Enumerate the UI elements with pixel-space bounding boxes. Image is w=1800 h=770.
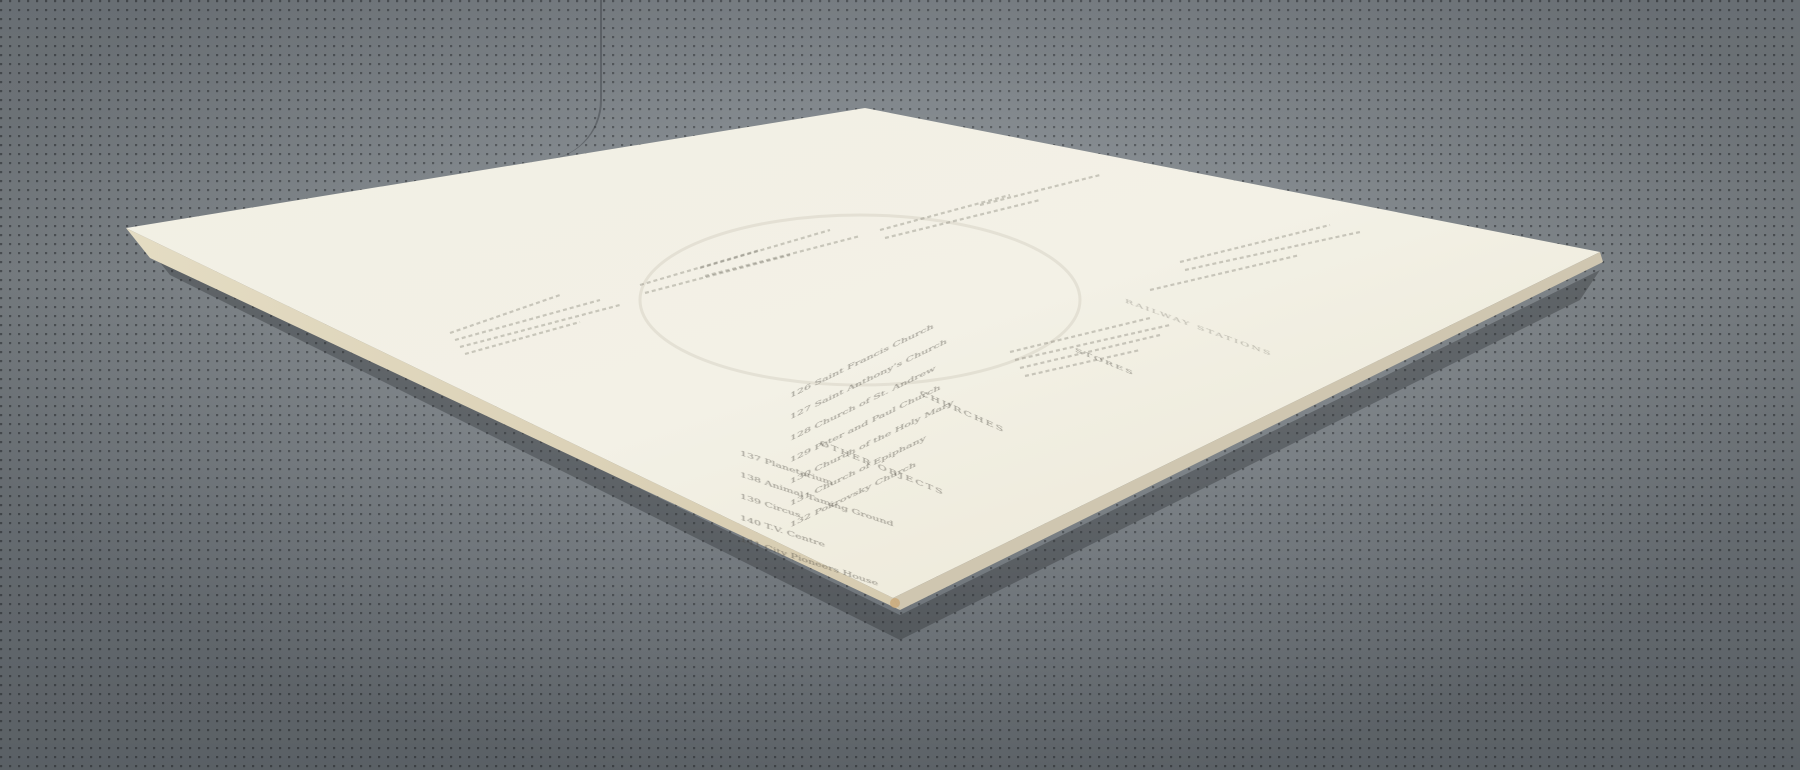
record-sleeve	[0, 0, 1800, 770]
